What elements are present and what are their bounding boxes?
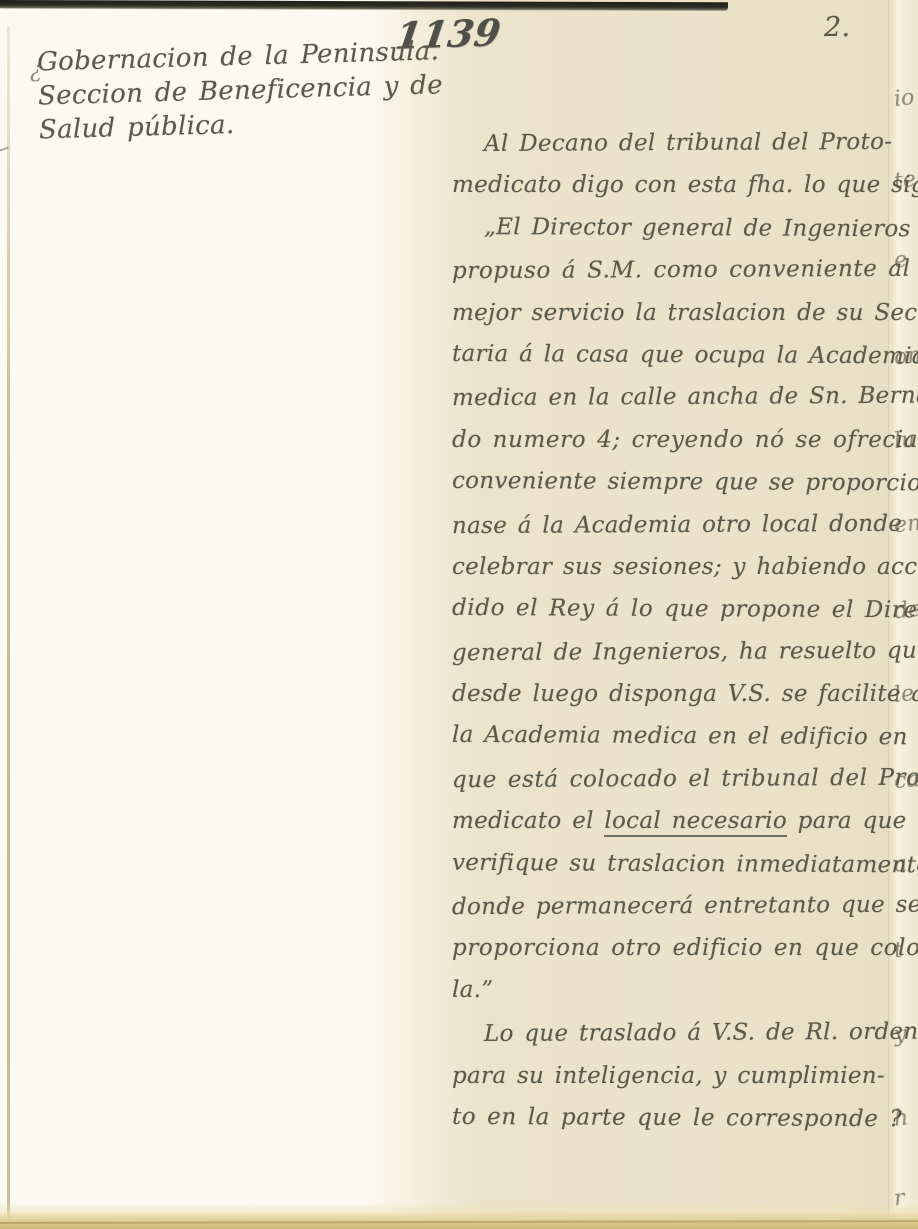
body-line-text: que está colocado el tribunal del Proto- [452, 764, 918, 793]
body-line: taria á la casa que ocupa la Academia [452, 333, 892, 378]
body-line: mejor servicio la traslacion de su Secre… [452, 292, 892, 334]
body-line: la Academia medica en el edificio en [452, 714, 892, 759]
body-line: la.” [452, 969, 892, 1014]
letterhead: Gobernacion de la Peninsula. Seccion de … [37, 35, 430, 148]
body-line-text: medicato digo con esta fha. lo que sigue… [452, 172, 918, 198]
page-edge-text-fragment: y [893, 1021, 908, 1047]
body-line: medica en la calle ancha de Sn. Bernar- [452, 375, 892, 420]
underlined-phrase: local necesario [604, 808, 787, 837]
body-line: dido el Rey á lo que propone el Director [452, 587, 892, 632]
page-number: 2. [824, 12, 850, 43]
bottom-page-edge [0, 1203, 918, 1229]
page-edge-text-fragment: de [893, 597, 918, 625]
body-line: verifique su traslacion inmediatamente, [452, 841, 892, 886]
body-line: celebrar sus sesiones; y habiendo acce- [452, 546, 892, 588]
body-line-text: propuso á S.M. como conveniente al [452, 256, 911, 284]
body-line-text: verifique su traslacion inmediatamente, [452, 849, 918, 878]
page-edge-text-fragment: a [893, 851, 909, 877]
body-line: medicato digo con esta fha. lo que sigue… [452, 164, 892, 206]
body-line: donde permanecerá entretanto que se [452, 884, 892, 929]
body-line-text: conveniente siempre que se proporcio- [452, 468, 918, 496]
top-scan-edge [0, 0, 728, 11]
page-edge-text-fragment: lu [893, 427, 917, 454]
body-line: to en la parte que le corresponde ? [452, 1096, 892, 1141]
page-edge-text-fragment: le [893, 681, 916, 708]
body-line-text: donde permanecerá entretanto que se [452, 892, 918, 920]
body-line: Lo que traslado á V.S. de Rl. orden [452, 1011, 892, 1056]
body-line: medicato el local necesario para que [452, 800, 892, 842]
body-line: general de Ingenieros, ha resuelto que [452, 630, 892, 675]
body-line-text: nase á la Academia otro local donde [452, 510, 902, 538]
page-edge-text-fragment: h [893, 1105, 910, 1131]
body-line: nase á la Academia otro local donde [452, 502, 892, 547]
page-edge-text-fragment: e [893, 247, 909, 273]
body-line-text: taria á la casa que ocupa la Academia [452, 341, 918, 369]
body-line-text: medica en la calle ancha de Sn. Bernar- [452, 383, 918, 412]
page-edge-text-fragment: ca [893, 767, 918, 795]
body-line: que está colocado el tribunal del Proto- [452, 757, 892, 802]
body-line: Al Decano del tribunal del Proto- [452, 121, 892, 166]
body-line-text: Lo que traslado á V.S. de Rl. orden [484, 1019, 918, 1047]
body-line: para su inteligencia, y cumplimien- [452, 1055, 892, 1097]
body-text: Al Decano del tribunal del Proto-medicat… [452, 122, 892, 1139]
body-line-text: desde luego disponga V.S. se facilite á [452, 681, 918, 707]
body-line-text: general de Ingenieros, ha resuelto que [452, 637, 918, 666]
body-line-text: la.” [452, 977, 493, 1003]
body-line-text: Al Decano del tribunal del Proto- [484, 129, 892, 157]
page-edge-text-fragment: en [893, 511, 918, 539]
body-line-text: dido el Rey á lo que propone el Director [452, 595, 918, 624]
body-line: desde luego disponga V.S. se facilite á [452, 673, 892, 715]
body-line: do numero 4; creyendo nó se ofrecia in- [452, 419, 892, 461]
body-line: propuso á S.M. como conveniente al [452, 248, 892, 293]
body-line-text: para su inteligencia, y cumplimien- [452, 1063, 885, 1089]
left-fold-line [7, 26, 10, 1229]
body-line-text: para que [787, 808, 907, 834]
page-edge-text-fragment: on [893, 343, 918, 371]
body-line: proporciona otro edificio en que colocar… [452, 927, 892, 969]
body-line-text: celebrar sus sesiones; y habiendo acce- [452, 554, 918, 580]
body-line-text: to en la parte que le corresponde ? [452, 1104, 902, 1132]
body-line-text: „El Director general de Ingenieros [484, 214, 911, 242]
page-edge-text-fragment: te [893, 167, 917, 194]
body-line: „El Director general de Ingenieros [452, 206, 892, 251]
page-edge-text-fragment: io [893, 85, 916, 112]
body-line-text: la Academia medica en el edificio en [452, 722, 908, 750]
body-line-text: do numero 4; creyendo nó se ofrecia in- [452, 427, 918, 453]
body-line-text: medicato el [452, 808, 604, 834]
body-line: conveniente siempre que se proporcio- [452, 460, 892, 505]
body-line-text: mejor servicio la traslacion de su Secre… [452, 300, 918, 326]
manuscript-page: 1139 2. ¿ Gobernacion de la Peninsula. S… [0, 0, 918, 1229]
body-line-text: proporciona otro edificio en que colocar… [452, 935, 918, 961]
page-edge-text-fragment: t [893, 938, 904, 964]
adjacent-page-text-fragments: ioteeonluendelecaatyhr [890, 0, 918, 1229]
